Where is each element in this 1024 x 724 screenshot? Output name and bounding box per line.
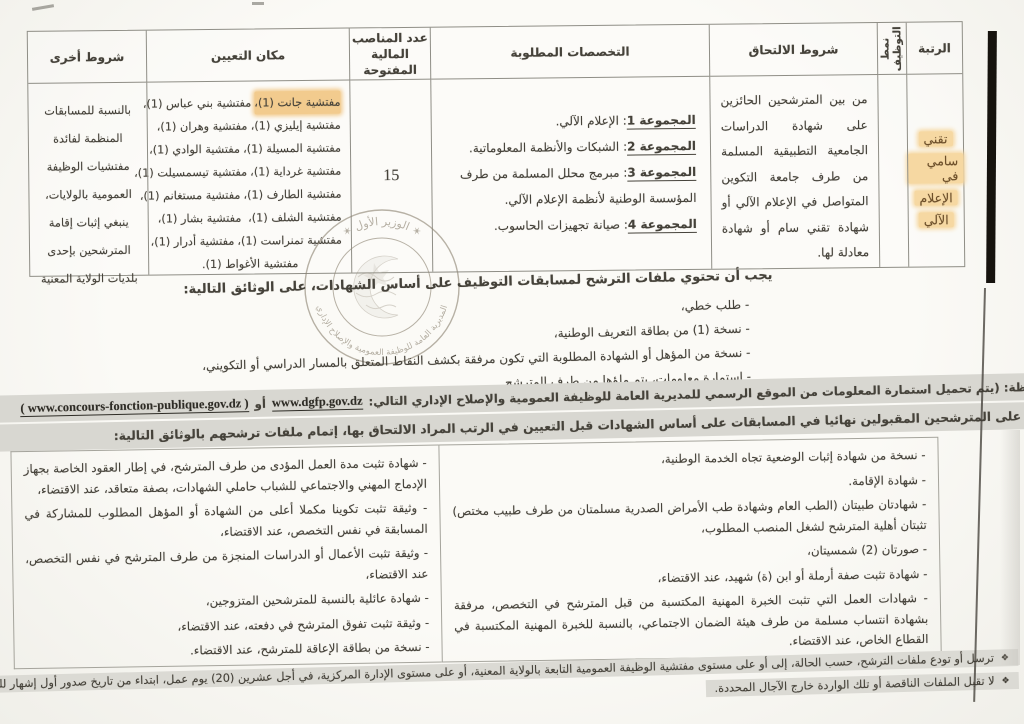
header-open-positions: عدد المناصب المالية المفتوحة <box>350 28 432 81</box>
location-highlight: مفتشية جانت (1)، <box>254 91 340 115</box>
stamp-top-text: ✶ الوزير الأول ✶ <box>340 214 424 239</box>
note-conjunction: أو <box>254 396 266 410</box>
header-other-conditions: شروط أخرى <box>28 31 148 84</box>
scan-artifact-black-bar <box>986 31 997 283</box>
specialty-group: المجموعة 2: الشبكات والأنظمة المعلوماتية… <box>446 133 696 162</box>
location-line: مفتشية إيليزي (1)،مفتشية وهران (1)، <box>157 114 341 139</box>
scanned-recruitment-notice: الرتبة نمط التوظيف شروط الالتحاق التخصصا… <box>0 0 1024 724</box>
header-admission-conditions: شروط الالتحاق <box>710 23 879 77</box>
concours-url[interactable]: ( www.concours-fonction-publique.gov.dz … <box>20 396 248 417</box>
completion-document-item: - شهادة تثبت صفة أرملة أو ابن (ة) شهيد، … <box>453 563 927 591</box>
completion-document-item: - نسخة من شهادة إثبات الوضعية تجاه الخدم… <box>452 445 926 473</box>
completion-document-item: - وثيقة تثبت تفوق المترشح في دفعته، عند … <box>26 612 429 639</box>
cell-other-conditions: بالنسبة للمسابقات المنظمة لفائدة مفتشيات… <box>28 83 149 276</box>
footer-note-text: لا تقبل الملفات الناقصة أو تلك الواردة خ… <box>715 675 995 695</box>
scan-artifact-shadow <box>1000 430 1020 665</box>
scan-artifact-mark <box>32 4 54 11</box>
rank-highlight: تقني <box>918 131 952 146</box>
cell-admission-conditions: من بين المترشحين الحائزين على شهادة الدر… <box>710 75 880 269</box>
application-document-item: - نسخة من المؤهل أو الشهادة المطلوبة الت… <box>185 346 750 374</box>
specialty-group: المجموعة 1: الإعلام الآلي. <box>446 107 696 136</box>
footer-note-line: ❖ لا تقبل الملفات الناقصة أو تلك الواردة… <box>705 672 1019 697</box>
completion-document-item: - وثيقة تثبت تكوينا مكملا أعلى من الشهاد… <box>24 498 428 545</box>
header-recruitment-mode-label: نمط التوظيف <box>880 26 904 71</box>
completion-document-item: - شهادات العمل التي تثبت الخبرة المهنية … <box>454 588 929 657</box>
scan-artifact-mark <box>252 2 264 5</box>
location-line: مفتشية المسيلة (1)،مفتشية الوادي (1)، <box>157 137 341 162</box>
header-assignment-location: مكان التعيين <box>147 29 351 83</box>
rank-highlight: الإعلام <box>914 190 957 205</box>
header-rank: الرتبة <box>907 22 963 75</box>
completion-document-item: - نسخة من بطاقة الإعاقة للمترشح، عند الا… <box>26 637 429 664</box>
cell-recruitment-mode <box>878 75 909 267</box>
completion-documents-left-cell: - شهادة تثبت مدة العمل المؤدى من طرف الم… <box>10 445 441 669</box>
dgfp-url[interactable]: www.dgfp.gov.dz <box>272 393 363 411</box>
completion-document-item: - شهادتان طبيتان (الطب العام وشهادة طب ا… <box>452 494 927 542</box>
completion-document-item: - شهادة الإقامة. <box>452 469 926 497</box>
completion-document-item: - شهادة تثبت مدة العمل المؤدى من طرف الم… <box>24 453 428 500</box>
header-recruitment-mode: نمط التوظيف <box>878 23 908 75</box>
completion-document-item: - صورتان (2) شمسيتان، <box>453 539 927 567</box>
recruitment-table: الرتبة نمط التوظيف شروط الالتحاق التخصصا… <box>27 21 966 277</box>
specialty-group: المجموعة 4: صيانة تجهيزات الحاسوب. <box>447 211 697 240</box>
svg-text:✶ الوزير الأول ✶: ✶ الوزير الأول ✶ <box>340 214 424 239</box>
rank-highlight: سامي في <box>908 153 963 184</box>
scan-artifact-fold-line <box>973 288 986 702</box>
application-document-item: - طلب خطي، <box>184 298 749 326</box>
rank-highlight: الآلي <box>919 212 954 227</box>
location-line: مفتشية الطارف (1)،مفتشية مستغانم (1)، <box>157 183 341 208</box>
cell-required-specialties: المجموعة 1: الإعلام الآلي. المجموعة 2: ا… <box>431 77 712 272</box>
location-line: مفتشية جانت (1)،مفتشية بني عباس (1)، <box>156 91 340 116</box>
completion-documents-table: - نسخة من شهادة إثبات الوضعية تجاه الخدم… <box>8 437 941 658</box>
application-document-item: - نسخة (1) من بطاقة التعريف الوطنية، <box>184 322 749 350</box>
diamond-bullet-icon: ❖ <box>1002 676 1010 686</box>
completion-document-item: - شهادة عائلية بالنسبة للمترشحين المتزوج… <box>26 588 429 615</box>
specialty-group: المجموعة 3: مبرمج محلل المسلمة من طرف ال… <box>446 159 697 214</box>
location-line: مفتشية غرداية (1)،مفتشية تيسمسيلت (1)، <box>157 160 341 185</box>
completion-documents-right-cell: - نسخة من شهادة إثبات الوضعية تجاه الخدم… <box>438 437 941 662</box>
header-rank-label: الرتبة <box>918 40 951 56</box>
cell-rank: تقني سامي في الإعلام الآلي <box>907 74 964 267</box>
completion-document-item: - وثيقة تثبت الأعمال أو الدراسات المنجزة… <box>25 543 429 590</box>
header-required-specialties: التخصصات المطلوبة <box>431 25 711 80</box>
